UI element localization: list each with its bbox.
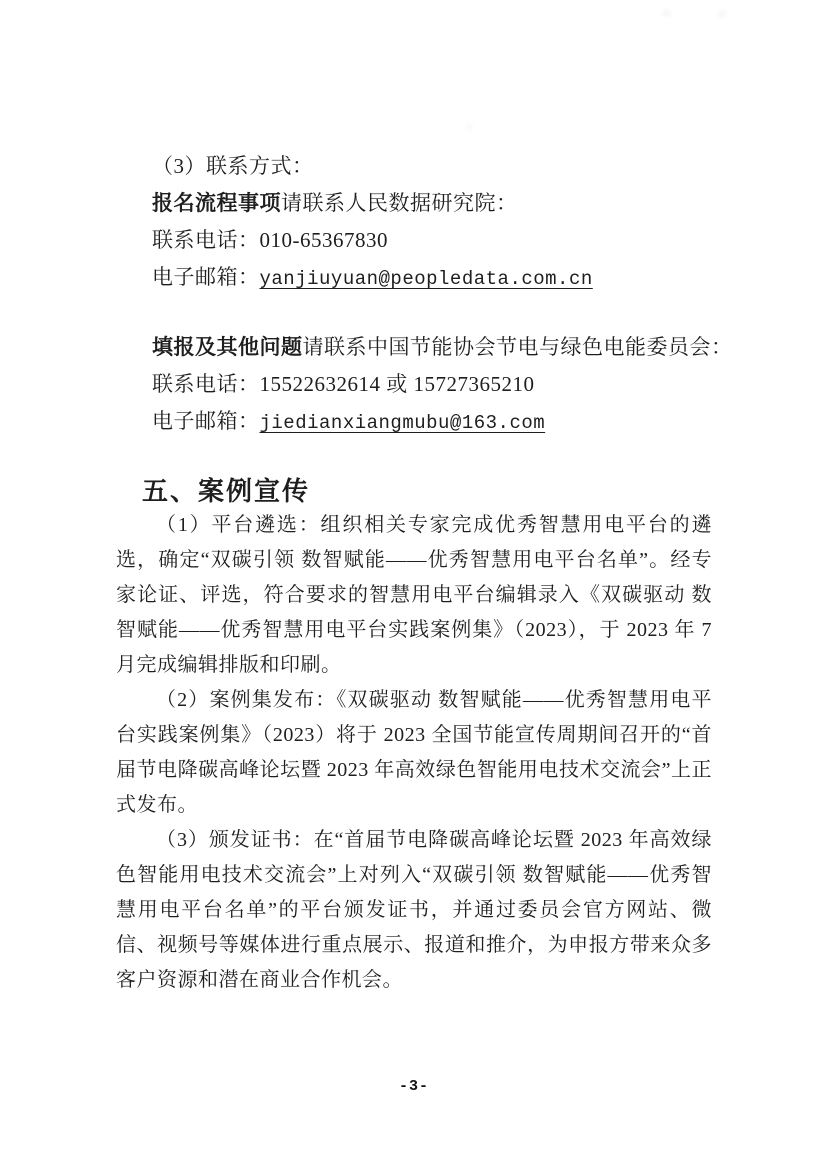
phone-number: 010-65367830	[260, 228, 389, 252]
contact-group-1-intro-rest: 请联系人民数据研究院：	[281, 191, 518, 215]
contact-section-heading-text: （3）联系方式：	[152, 154, 314, 178]
contact-group-2-intro-bold: 填报及其他问题	[152, 335, 303, 359]
document-page: （3）联系方式： 报名流程事项请联系人民数据研究院： 联系电话：010-6536…	[0, 0, 828, 1166]
contact-group-2-intro: 填报及其他问题请联系中国节能协会节电与绿色电能委员会：	[116, 329, 712, 366]
contact-group-2-intro-rest: 请联系中国节能协会节电与绿色电能委员会：	[303, 335, 733, 359]
page-number: -3-	[0, 1078, 828, 1095]
scan-artifact	[718, 11, 726, 17]
email-label: 电子邮箱：	[152, 409, 260, 433]
page-content: （3）联系方式： 报名流程事项请联系人民数据研究院： 联系电话：010-6536…	[116, 0, 712, 998]
contact-group-1-phone-line: 联系电话：010-65367830	[116, 222, 712, 259]
email-address: yanjiuyuan@peopledata.com.cn	[260, 268, 593, 290]
section-heading: 五、案例宣传	[116, 476, 712, 508]
contact-section-heading: （3）联系方式：	[116, 148, 712, 185]
phone-label: 联系电话：	[152, 228, 260, 252]
paragraph-platform-selection: （1）平台遴选：组织相关专家完成优秀智慧用电平台的遴选，确定“双碳引领 数智赋能…	[116, 508, 712, 683]
email-label: 电子邮箱：	[152, 265, 260, 289]
phone-number: 15522632614 或 15727365210	[260, 372, 535, 396]
contact-group-1-email-line: 电子邮箱：yanjiuyuan@peopledata.com.cn	[116, 259, 712, 298]
contact-group-2-email-line: 电子邮箱：jiedianxiangmubu@163.com	[116, 403, 712, 442]
paragraph-casebook-release: （2）案例集发布：《双碳驱动 数智赋能——优秀智慧用电平台实践案例集》（2023…	[116, 683, 712, 823]
phone-label: 联系电话：	[152, 372, 260, 396]
paragraph-certificate-award: （3）颁发证书：在“首届节电降碳高峰论坛暨 2023 年高效绿色智能用电技术交流…	[116, 823, 712, 998]
contact-group-1-intro: 报名流程事项请联系人民数据研究院：	[116, 185, 712, 222]
email-address: jiedianxiangmubu@163.com	[260, 412, 546, 434]
contact-group-1-intro-bold: 报名流程事项	[152, 191, 281, 215]
contact-group-2-phone-line: 联系电话：15522632614 或 15727365210	[116, 366, 712, 403]
